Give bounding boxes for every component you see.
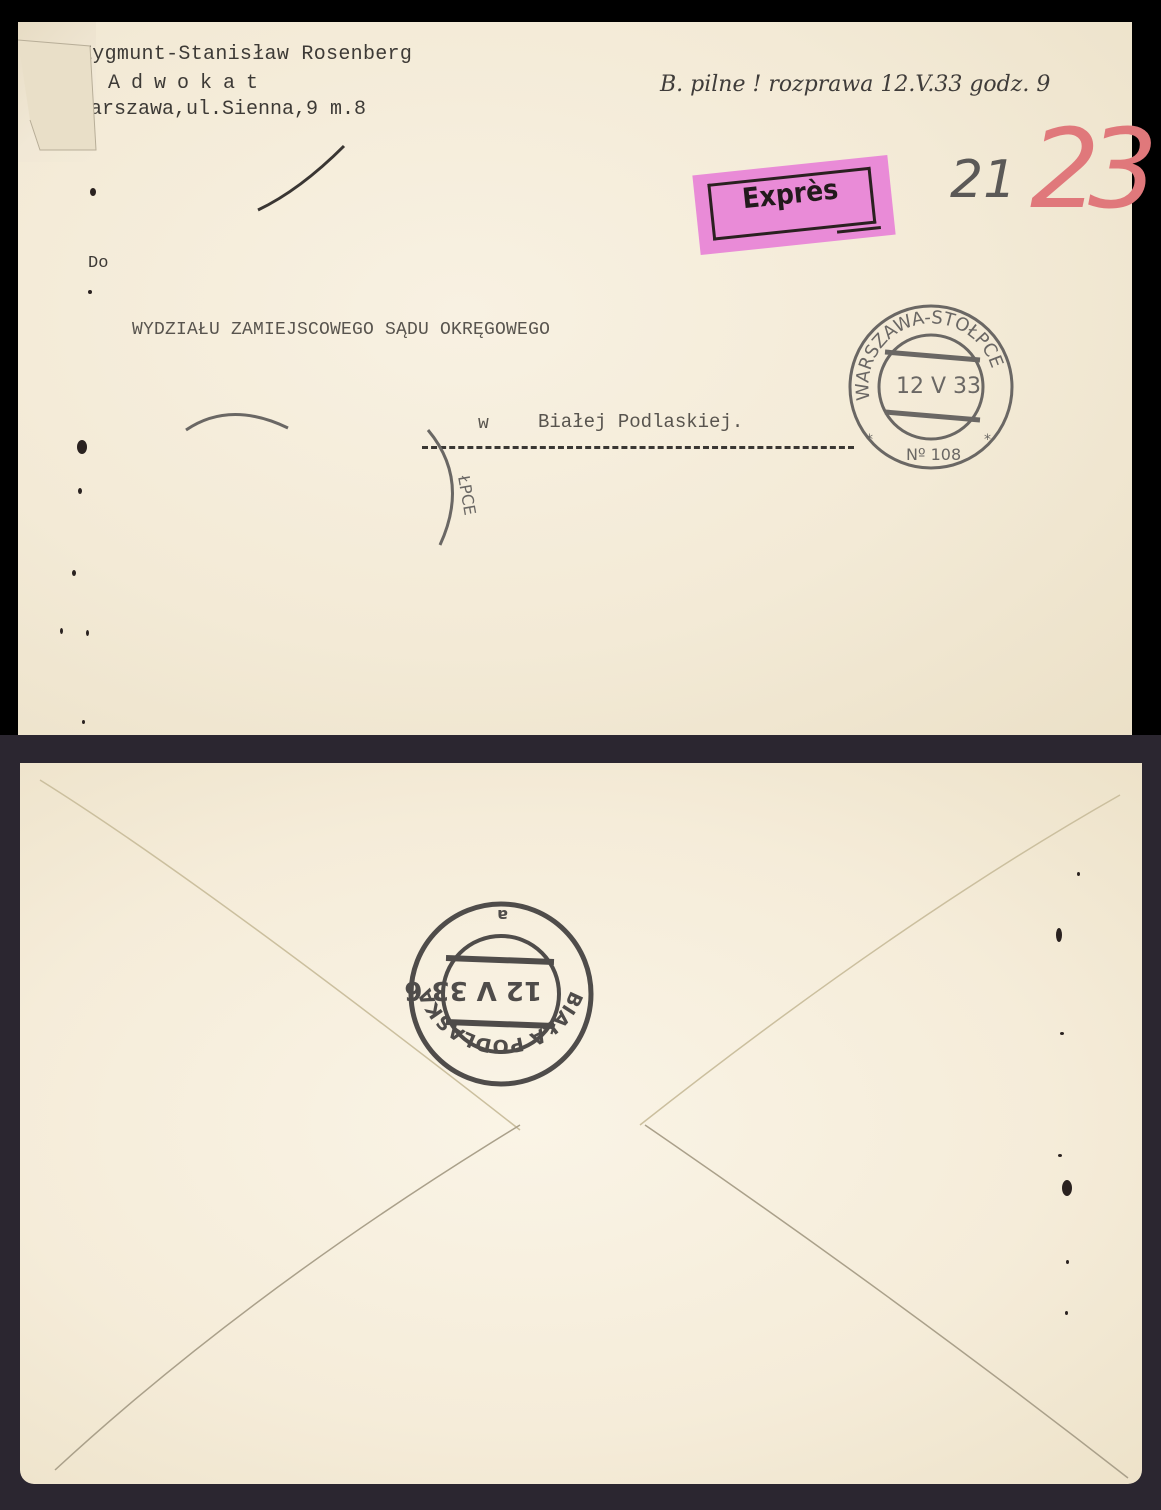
punch-hole bbox=[78, 488, 82, 494]
pencil-slash bbox=[258, 146, 344, 210]
punch-hole bbox=[72, 570, 76, 576]
postmark-date: 12 V 33 bbox=[896, 374, 981, 399]
flap-line-left-top bbox=[40, 780, 520, 1130]
punch-hole bbox=[77, 440, 87, 454]
punch-hole bbox=[1065, 1311, 1068, 1315]
punch-hole bbox=[1060, 1032, 1064, 1035]
torn-corner bbox=[18, 40, 96, 150]
partial-postmark-text: ŁPCE bbox=[454, 473, 480, 517]
arrival-postmark-index: a bbox=[497, 906, 508, 925]
punch-hole bbox=[1056, 928, 1062, 942]
punch-hole bbox=[88, 290, 92, 294]
partial-postmark-arc-2 bbox=[428, 430, 453, 545]
flap-line-left-bottom bbox=[55, 1125, 520, 1470]
punch-hole bbox=[60, 628, 63, 634]
flap-line-right-top bbox=[640, 795, 1120, 1125]
punch-hole bbox=[90, 188, 96, 196]
punch-hole bbox=[86, 630, 89, 636]
punch-hole bbox=[1066, 1260, 1069, 1264]
postmark-number: Nº 108 bbox=[906, 445, 961, 464]
punch-hole bbox=[1062, 1180, 1072, 1196]
punch-hole bbox=[1058, 1154, 1062, 1157]
warszawa-postmark: WARSZAWA-STOŁPCE 12 V 33 Nº 108 * * bbox=[850, 306, 1012, 468]
arrival-postmark-date: 12 V 33 6 bbox=[404, 975, 542, 1005]
flap-line-right-bottom bbox=[645, 1125, 1128, 1478]
punch-hole bbox=[1077, 872, 1080, 876]
biala-podlaska-postmark: BIAŁA PODLASKA 12 V 33 6 a bbox=[404, 904, 591, 1084]
partial-postmark-arc bbox=[186, 414, 288, 430]
marks-overlay: WARSZAWA-STOŁPCE 12 V 33 Nº 108 * * ŁPCE… bbox=[0, 0, 1161, 1510]
postmark-star-right: * bbox=[984, 432, 991, 448]
postmark-star-left: * bbox=[866, 432, 873, 448]
punch-hole bbox=[82, 720, 85, 724]
